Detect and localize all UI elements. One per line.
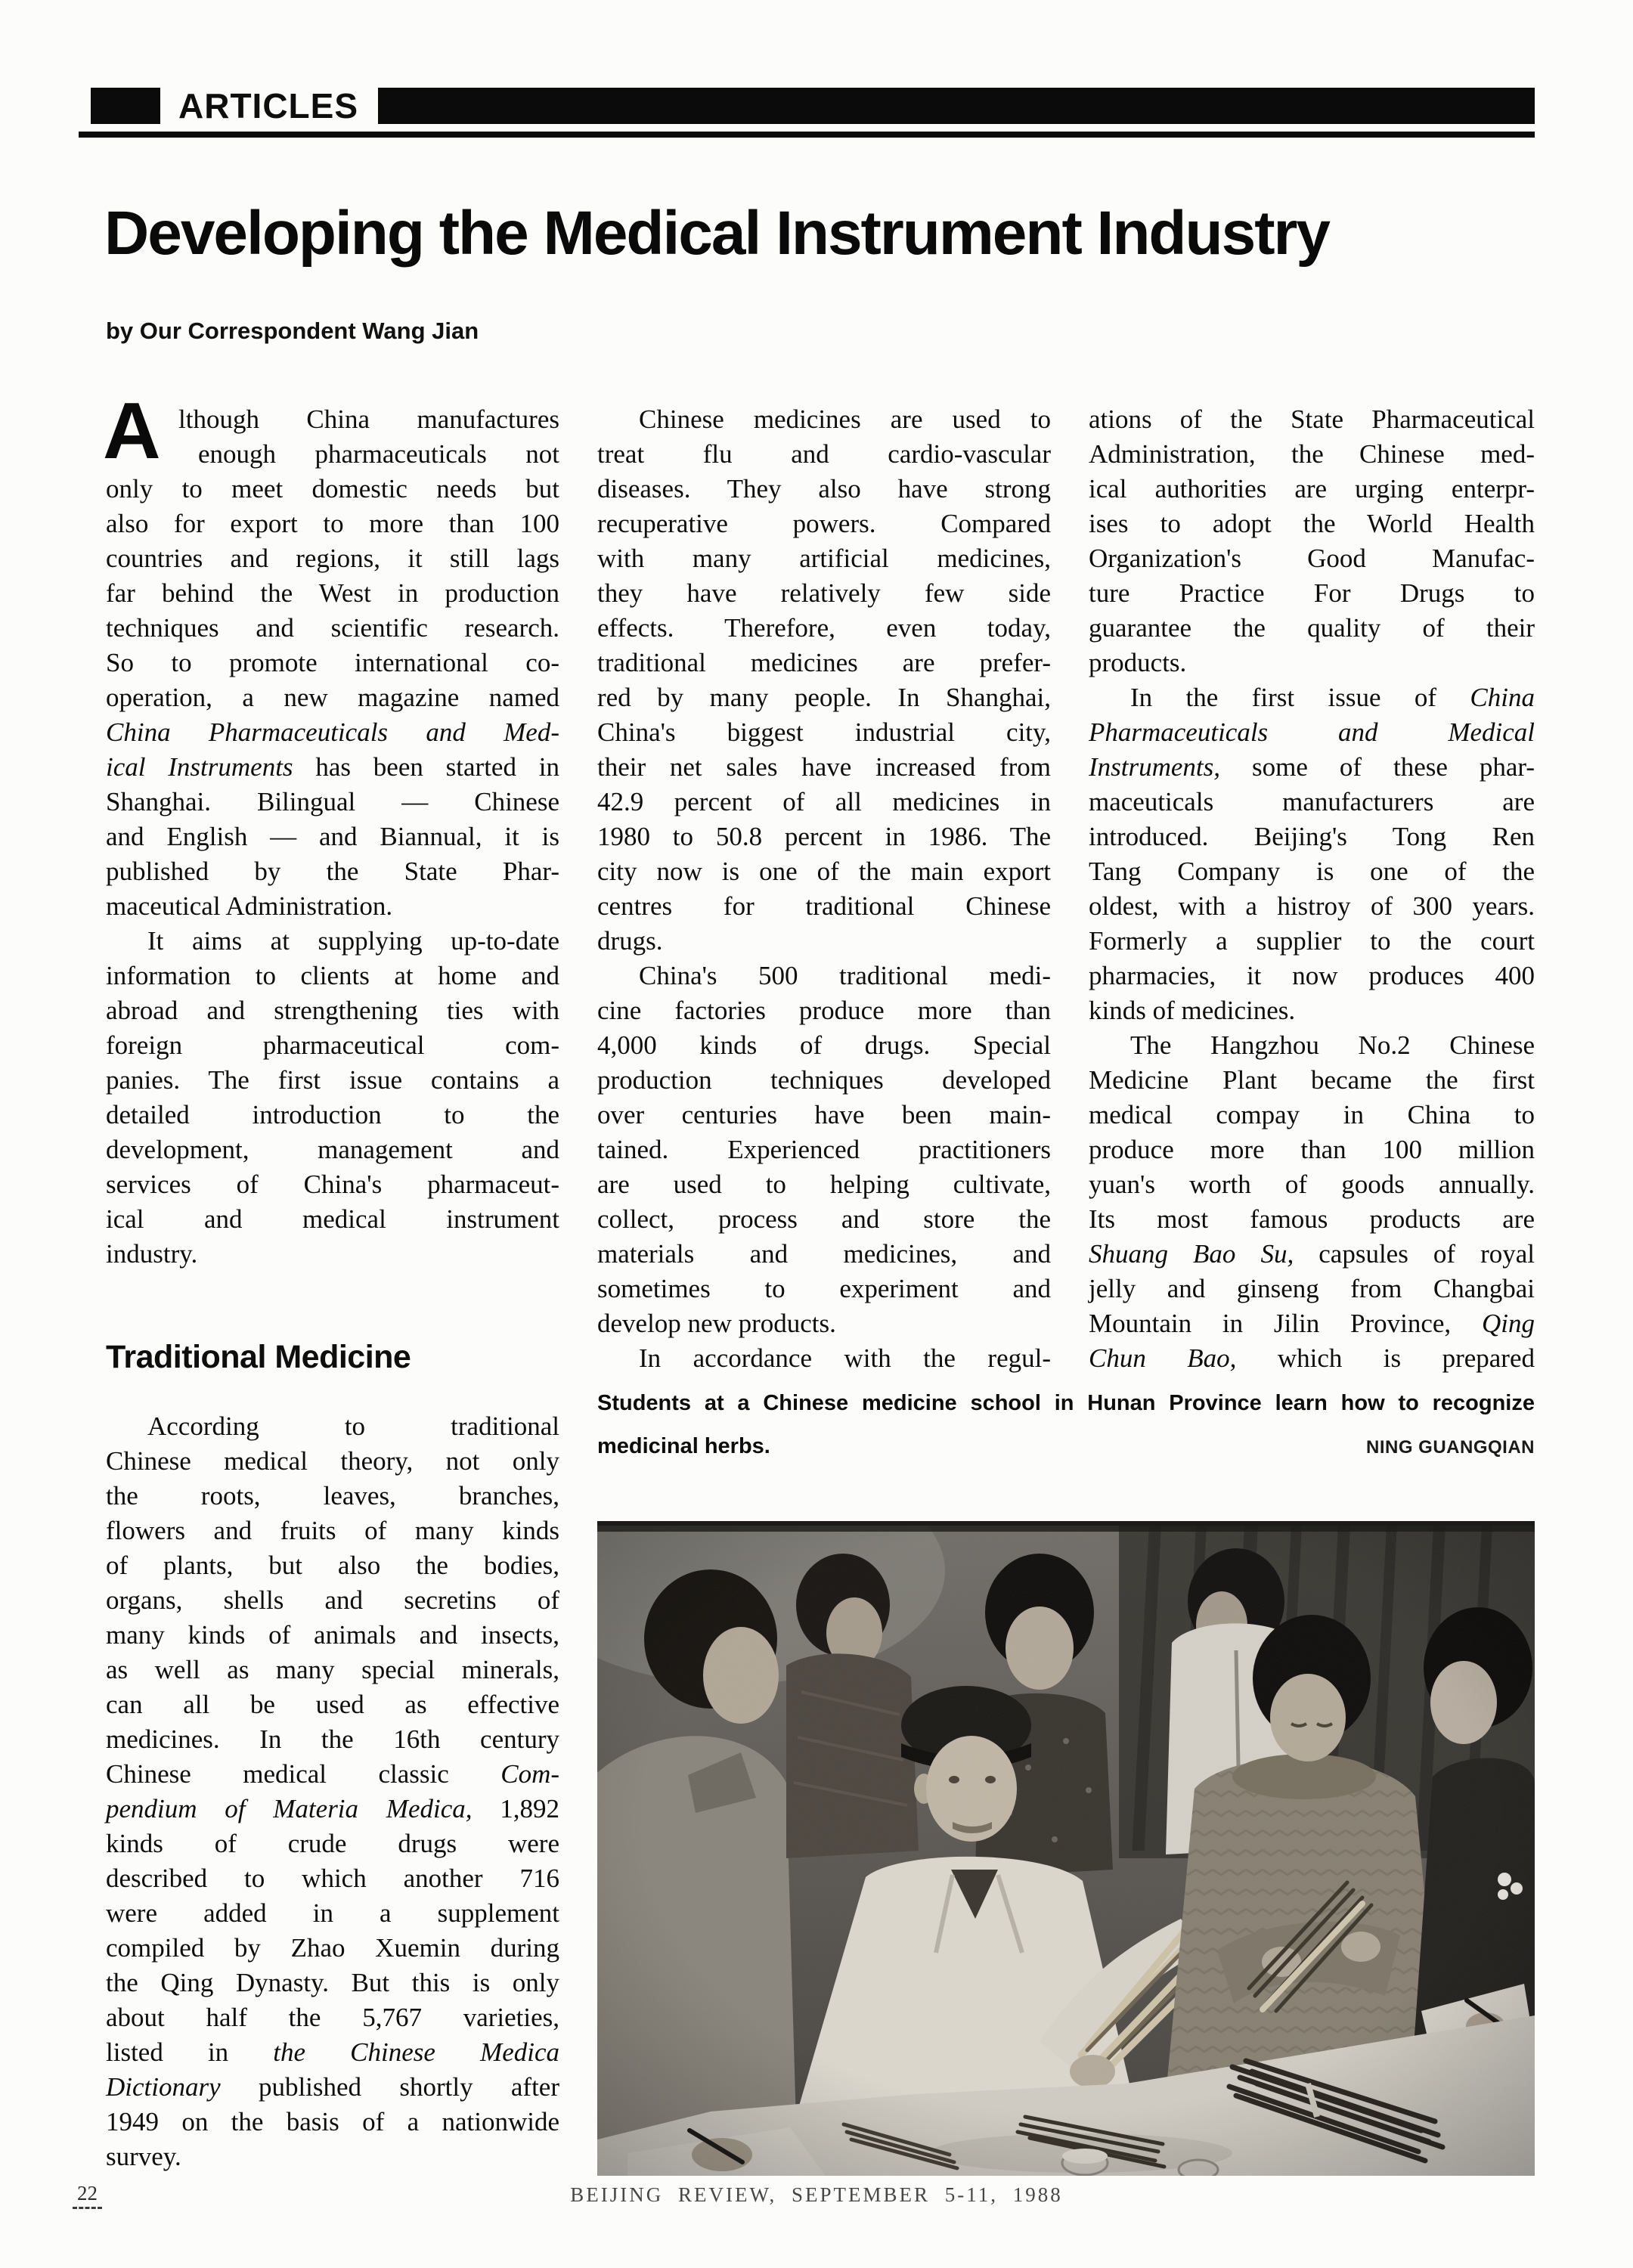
text-line: over centuries have been main-	[597, 1098, 1051, 1132]
section-heading: Traditional Medicine	[106, 1338, 559, 1376]
text-line: information to clients at home and	[106, 959, 559, 993]
text-line: China Pharmaceuticals and Med-	[106, 715, 559, 750]
header-square-icon	[91, 88, 160, 124]
text-line: products.	[1089, 646, 1535, 680]
text-line: maceutical Administration.	[106, 889, 559, 924]
photo-caption-line2: medicinal herbs.	[597, 1434, 770, 1459]
header-rule	[79, 132, 1535, 138]
text-line: Chinese medical theory, not only	[106, 1444, 559, 1479]
text-line: China's biggest industrial city,	[597, 715, 1051, 750]
text-line: survey.	[106, 2139, 559, 2174]
text-line: In accordance with the regul-	[597, 1341, 1051, 1376]
text-line: According to traditional	[106, 1409, 559, 1444]
text-line: 42.9 percent of all medicines in	[597, 785, 1051, 820]
text-line: many kinds of animals and insects,	[106, 1618, 559, 1653]
text-line: produce more than 100 million	[1089, 1132, 1535, 1167]
text-line: sometimes to experiment and	[597, 1272, 1051, 1306]
text-line: they have relatively few side	[597, 576, 1051, 611]
text-line: described to which another 716	[106, 1861, 559, 1896]
section-label: ARTICLES	[160, 88, 378, 124]
text-line: published by the State Phar-	[106, 854, 559, 889]
text-line: Shuang Bao Su, capsules of royal	[1089, 1237, 1535, 1272]
text-line: Administration, the Chinese med-	[1089, 437, 1535, 472]
text-line: ises to adopt the World Health	[1089, 507, 1535, 541]
text-line: detailed introduction to the	[106, 1098, 559, 1132]
text-line: red by many people. In Shanghai,	[597, 680, 1051, 715]
text-line: Chinese medicines are used to	[597, 402, 1051, 437]
photo-caption-line1: Students at a Chinese medicine school in…	[597, 1393, 1535, 1414]
text-line: can all be used as effective	[106, 1687, 559, 1722]
text-line: production techniques developed	[597, 1063, 1051, 1098]
text-line: panies. The first issue contains a	[106, 1063, 559, 1098]
text-line: services of China's pharmaceut-	[106, 1167, 559, 1202]
text-line: flowers and fruits of many kinds	[106, 1514, 559, 1548]
text-line: about half the 5,767 varieties,	[106, 2000, 559, 2035]
text-line: listed in the Chinese Medica	[106, 2035, 559, 2070]
text-line: the Qing Dynasty. But this is only	[106, 1966, 559, 2000]
text-line: traditional medicines are prefer-	[597, 646, 1051, 680]
text-line: medical compay in China to	[1089, 1098, 1535, 1132]
text-line: collect, process and store the	[597, 1202, 1051, 1237]
text-line: oldest, with a histroy of 300 years.	[1089, 889, 1535, 924]
text-line: far behind the West in production	[106, 576, 559, 611]
text-line: China's 500 traditional medi-	[597, 959, 1051, 993]
byline: by Our Correspondent Wang Jian	[106, 318, 479, 345]
text-line: 4,000 kinds of drugs. Special	[597, 1028, 1051, 1063]
text-line: drugs.	[597, 924, 1051, 959]
text-line: were added in a supplement	[106, 1896, 559, 1931]
text-line: treat flu and cardio-vascular	[597, 437, 1051, 472]
article-column-1: A lthough China manufacturesenough pharm…	[106, 402, 559, 2174]
text-line: industry.	[106, 1237, 559, 1272]
text-line: diseases. They also have strong	[597, 472, 1051, 507]
text-line: foreign pharmaceutical com-	[106, 1028, 559, 1063]
text-line: lthough China manufactures	[106, 402, 559, 437]
footer-issue-line: BEIJING REVIEW, SEPTEMBER 5-11, 1988	[0, 2183, 1633, 2207]
text-line: city now is one of the main export	[597, 854, 1051, 889]
text-line: In the first issue of China	[1089, 680, 1535, 715]
text-line: cine factories produce more than	[597, 993, 1051, 1028]
text-line: effects. Therefore, even today,	[597, 611, 1051, 646]
text-line: kinds of crude drugs were	[106, 1826, 559, 1861]
article-column-2: Chinese medicines are used totreat flu a…	[597, 402, 1051, 1376]
text-line: organs, shells and secretins of	[106, 1583, 559, 1618]
text-line: develop new products.	[597, 1306, 1051, 1341]
text-line: techniques and scientific research.	[106, 611, 559, 646]
text-line: ical and medical instrument	[106, 1202, 559, 1237]
article-column-3: ations of the State PharmaceuticalAdmini…	[1089, 402, 1535, 1376]
text-line: jelly and ginseng from Changbai	[1089, 1272, 1535, 1306]
text-line: are used to helping cultivate,	[597, 1167, 1051, 1202]
text-line: So to promote international co-	[106, 646, 559, 680]
text-line: guarantee the quality of their	[1089, 611, 1535, 646]
dropcap-letter: A	[103, 393, 161, 469]
header-bar	[378, 88, 1535, 124]
text-line: Shanghai. Bilingual — Chinese	[106, 785, 559, 820]
text-line: 1980 to 50.8 percent in 1986. The	[597, 820, 1051, 854]
text-line: recuperative powers. Compared	[597, 507, 1051, 541]
text-line: maceuticals manufacturers are	[1089, 785, 1535, 820]
text-line: their net sales have increased from	[597, 750, 1051, 785]
text-line: with many artificial medicines,	[597, 541, 1051, 576]
text-line: materials and medicines, and	[597, 1237, 1051, 1272]
text-line: Tang Company is one of the	[1089, 854, 1535, 889]
text-line: The Hangzhou No.2 Chinese	[1089, 1028, 1535, 1063]
text-line: ical Instruments has been started in	[106, 750, 559, 785]
text-line: Chun Bao, which is prepared	[1089, 1341, 1535, 1376]
text-line: countries and regions, it still lags	[106, 541, 559, 576]
text-line: ture Practice For Drugs to	[1089, 576, 1535, 611]
text-line: pendium of Materia Medica, 1,892	[106, 1792, 559, 1826]
photo-caption: Students at a Chinese medicine school in…	[597, 1393, 1535, 1459]
text-line: development, management and	[106, 1132, 559, 1167]
text-line: centres for traditional Chinese	[597, 889, 1051, 924]
text-line: as well as many special minerals,	[106, 1653, 559, 1687]
text-line: enough pharmaceuticals not	[106, 437, 559, 472]
text-line: It aims at supplying up-to-date	[106, 924, 559, 959]
text-line: Medicine Plant became the first	[1089, 1063, 1535, 1098]
text-line: 1949 on the basis of a nationwide	[106, 2105, 559, 2139]
text-line: introduced. Beijing's Tong Ren	[1089, 820, 1535, 854]
text-line: tained. Experienced practitioners	[597, 1132, 1051, 1167]
text-line: Formerly a supplier to the court	[1089, 924, 1535, 959]
article-title: Developing the Medical Instrument Indust…	[104, 198, 1541, 269]
text-line: yuan's worth of goods annually.	[1089, 1167, 1535, 1202]
text-line: also for export to more than 100	[106, 507, 559, 541]
text-line: Instruments, some of these phar-	[1089, 750, 1535, 785]
text-line: of plants, but also the bodies,	[106, 1548, 559, 1583]
text-line: only to meet domestic needs but	[106, 472, 559, 507]
photo	[597, 1521, 1535, 2176]
photo-credit: NING GUANGQIAN	[1366, 1437, 1535, 1458]
text-line: the roots, leaves, branches,	[106, 1479, 559, 1514]
text-line: medicines. In the 16th century	[106, 1722, 559, 1757]
text-line: abroad and strengthening ties with	[106, 993, 559, 1028]
text-line: Its most famous products are	[1089, 1202, 1535, 1237]
text-line: kinds of medicines.	[1089, 993, 1535, 1028]
text-line: Chinese medical classic Com-	[106, 1757, 559, 1792]
text-line: Mountain in Jilin Province, Qing	[1089, 1306, 1535, 1341]
magazine-page: ARTICLES Developing the Medical Instrume…	[0, 0, 1633, 2268]
text-line: Organization's Good Manufac-	[1089, 541, 1535, 576]
text-line: Pharmaceuticals and Medical	[1089, 715, 1535, 750]
text-line: Dictionary published shortly after	[106, 2070, 559, 2105]
text-line: ical authorities are urging enterpr-	[1089, 472, 1535, 507]
text-line: compiled by Zhao Xuemin during	[106, 1931, 559, 1966]
section-header: ARTICLES	[91, 88, 1535, 124]
text-line: and English — and Biannual, it is	[106, 820, 559, 854]
text-line: ations of the State Pharmaceutical	[1089, 402, 1535, 437]
text-line: pharmacies, it now produces 400	[1089, 959, 1535, 993]
text-line: operation, a new magazine named	[106, 680, 559, 715]
